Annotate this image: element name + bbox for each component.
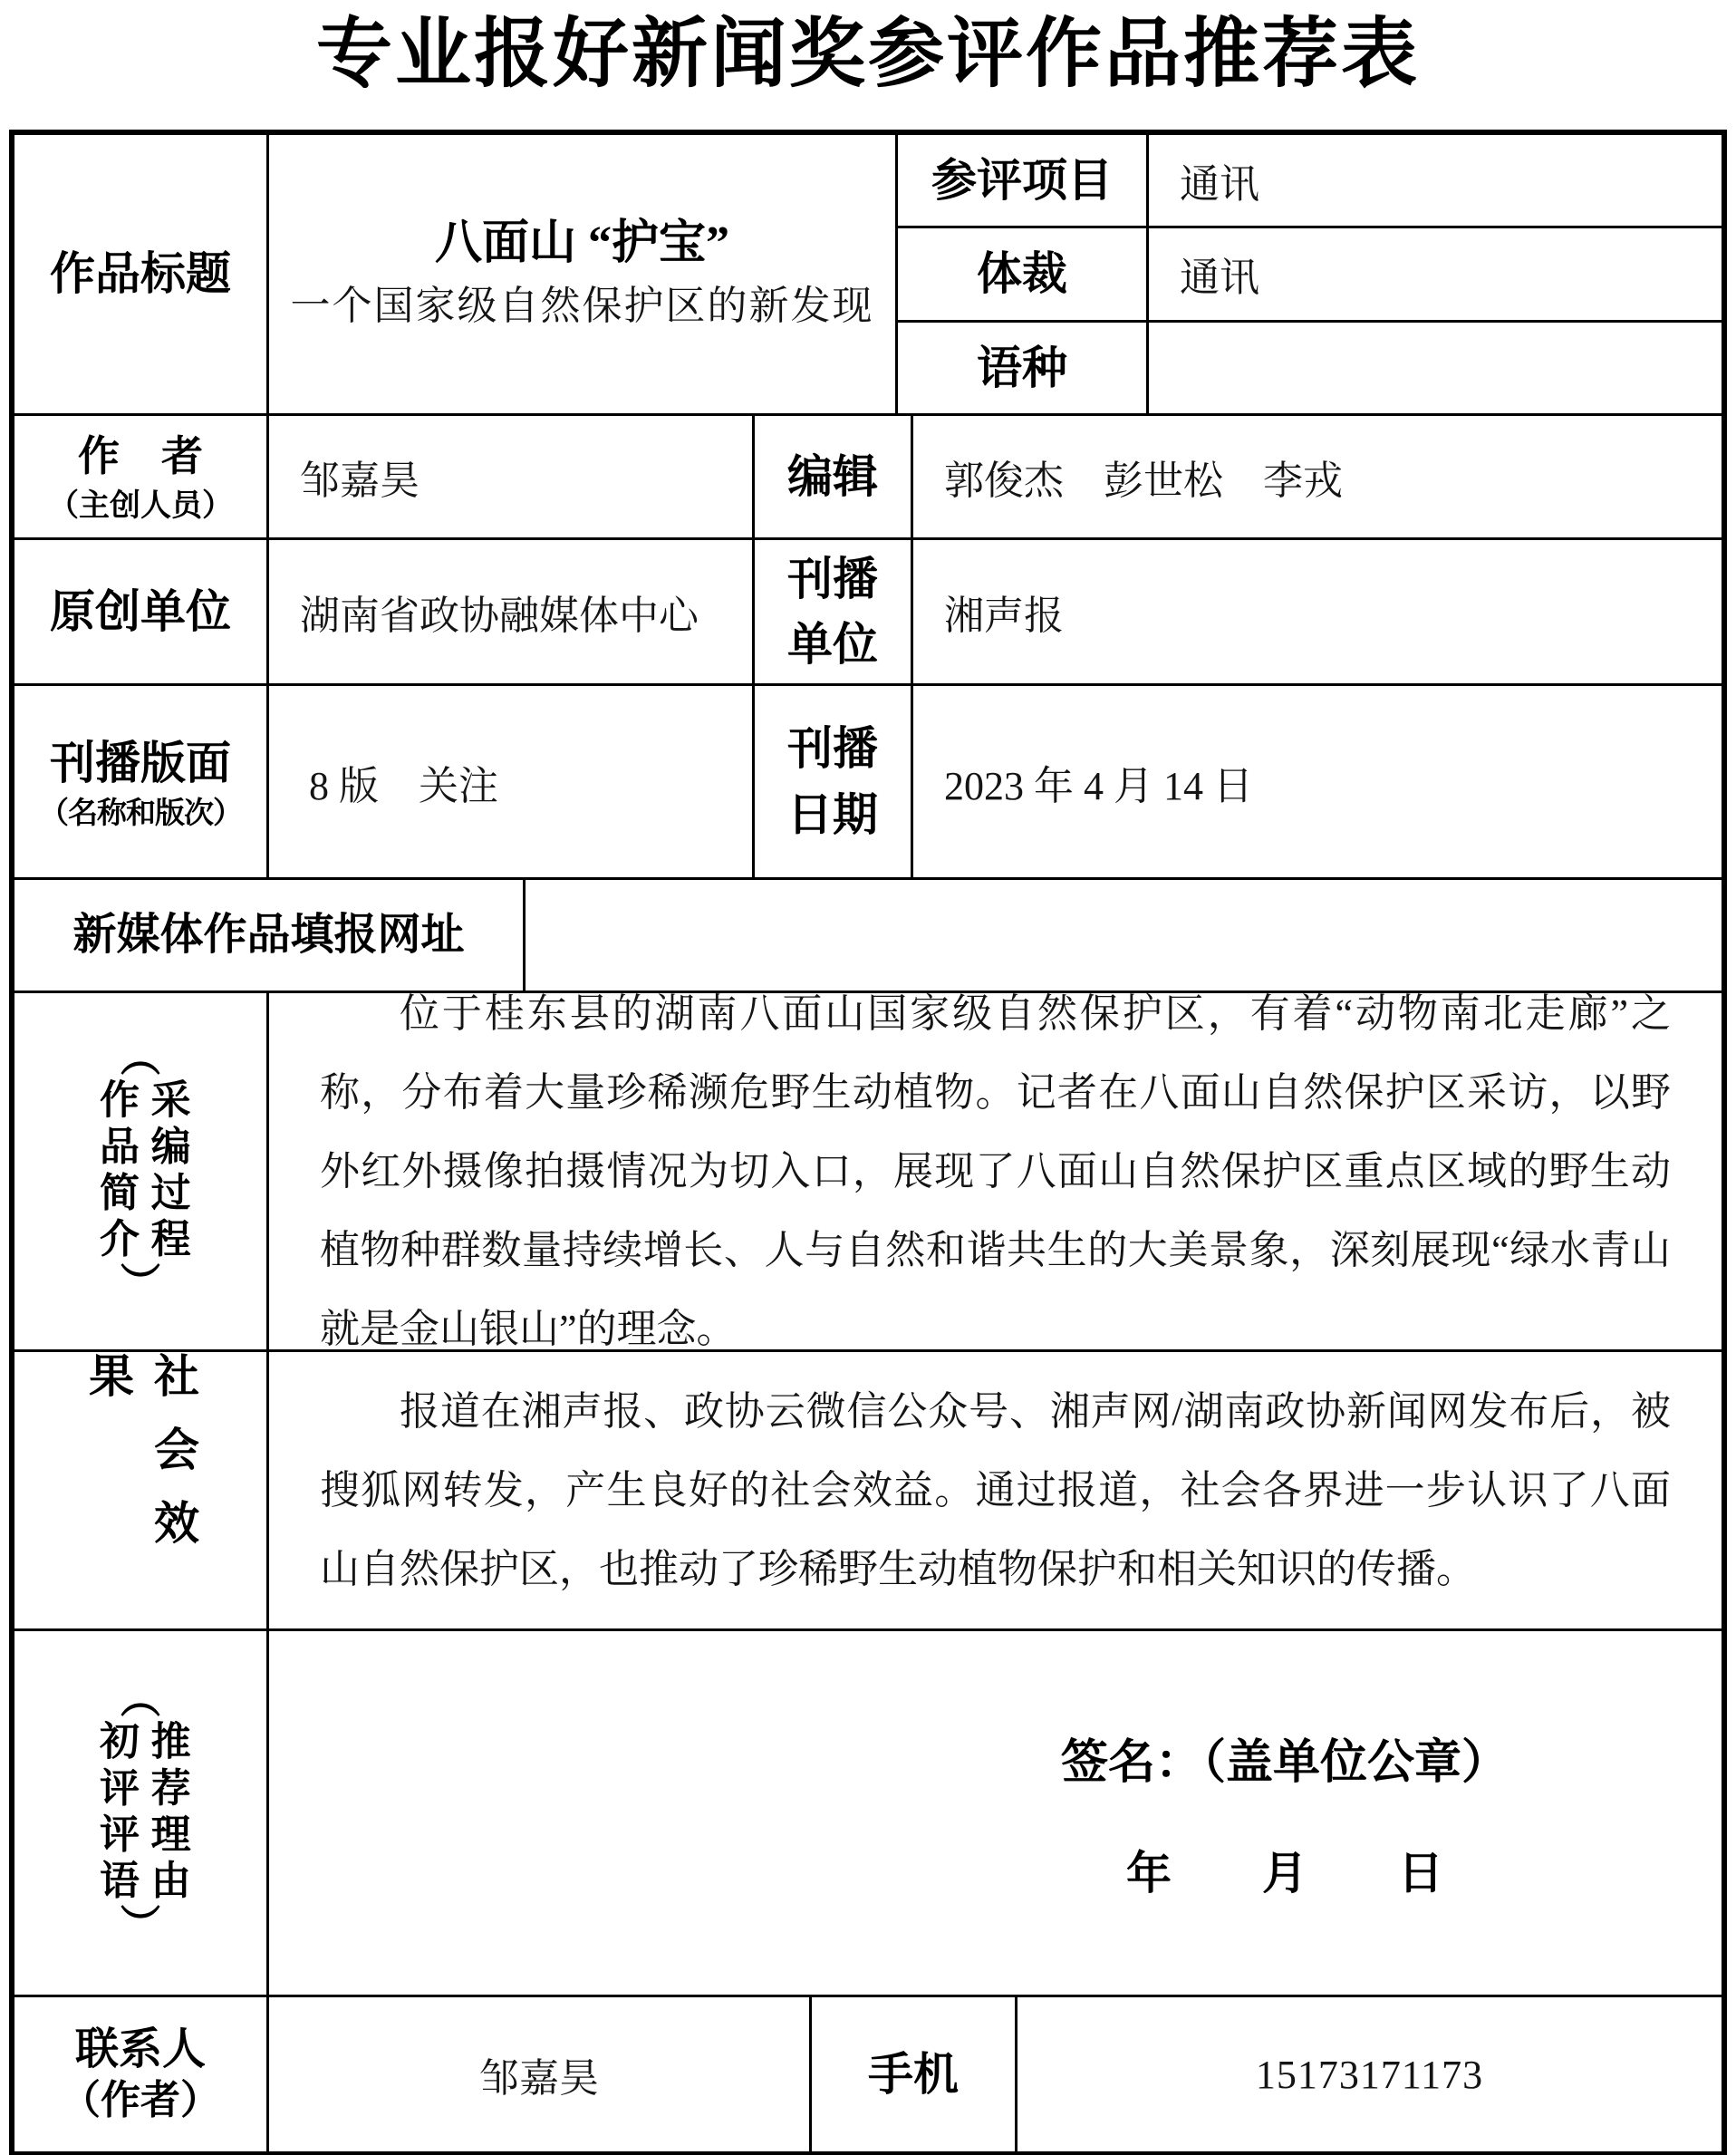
new-media-label-cell: 新媒体作品填报网址 [14,880,523,991]
subrow-genre: 体裁 通讯 [898,226,1722,319]
new-media-label: 新媒体作品填报网址 [72,904,464,967]
work-intro-text: 位于桂东县的湖南八面山国家级自然保护区，有着“动物南北走廊”之称，分布着大量珍稀… [320,993,1671,1349]
publish-date-value-cell: 2023 年 4 月 14 日 [911,686,1722,877]
paren-bottom: ︶ [121,1266,160,1302]
editor-value-cell: 郭俊杰 彭世松 李戎 [911,416,1722,537]
publish-date-label: 刊播 日期 [787,716,878,847]
scanned-form-page: 专业报好新闻奖参评作品推荐表 作品标题 八面山 “护宝” 一个国家级自然保护区的… [0,0,1736,2155]
phone-label: 手机 [868,2042,959,2108]
row-page-date: 刊播版面 （名称和版次） 8 版 关注 刊播 日期 2023 年 4 月 14 … [14,683,1722,877]
genre-label: 体裁 [977,241,1067,307]
social-effect-label-cell: 社会效果 [14,1352,266,1628]
publish-unit-label-cell: 刊播 单位 [752,540,911,683]
contact-name-cell: 邹嘉昊 [266,1997,809,2151]
signature-line: 签名：（盖单位公章） [1061,1724,1509,1792]
row-contact: 联系人 （作者） 邹嘉昊 手机 15173171173 [14,1995,1722,2151]
author-value-cell: 邹嘉昊 [266,416,752,537]
publish-unit-value-cell: 湘声报 [911,540,1722,683]
work-title-label: 作品标题 [50,241,231,307]
entry-meta-subgrid: 参评项目 通讯 体裁 通讯 语种 [895,135,1722,413]
recommendation-content-cell: 签名：（盖单位公章） 年 月 日 [266,1631,1722,1995]
genre-value-cell: 通讯 [1146,228,1722,319]
recommendation-label-left: 初评评语 [92,1720,138,1905]
social-effect-label: 社会效果 [75,1352,206,1628]
original-unit-label: 原创单位 [50,579,231,645]
publish-unit-label: 刊播 单位 [787,546,878,678]
paren-top: ︵ [121,1040,160,1077]
publish-page-value-cell: 8 版 关注 [266,686,752,877]
publish-unit-value: 湘声报 [913,583,1722,641]
publish-page-label-sub: （名称和版次） [39,796,242,833]
recommendation-form-table: 作品标题 八面山 “护宝” 一个国家级自然保护区的新发现 参评项目 通讯 体 [9,130,1727,2155]
date-line: 年 月 日 [1126,1837,1443,1902]
new-media-value-cell [523,880,1722,991]
phone-value-cell: 15173171173 [1015,1997,1722,2151]
entry-item-label-cell: 参评项目 [898,135,1146,226]
contact-label: 联系人 [75,2024,206,2076]
work-title-subtitle: 一个国家级自然保护区的新发现 [291,276,874,336]
entry-item-value-cell: 通讯 [1146,135,1722,226]
contact-label-cell: 联系人 （作者） [14,1997,266,2151]
editor-value: 郭俊杰 彭世松 李戎 [913,448,1722,506]
form-title: 专业报好新闻奖参评作品推荐表 [0,5,1736,105]
work-intro-text-cell: 位于桂东县的湖南八面山国家级自然保护区，有着“动物南北走廊”之称，分布着大量珍稀… [266,993,1722,1349]
editor-label: 编辑 [787,444,878,510]
publish-date-value: 2023 年 4 月 14 日 [913,753,1722,811]
genre-label-cell: 体裁 [898,228,1146,319]
phone-label-cell: 手机 [809,1997,1015,2151]
publish-page-label-cell: 刊播版面 （名称和版次） [14,686,266,877]
editor-label-cell: 编辑 [752,416,911,537]
work-intro-label-right: 采编过程 [143,1078,189,1263]
row-new-media-url: 新媒体作品填报网址 [14,877,1722,991]
phone-value: 15173171173 [1017,2052,1722,2098]
work-intro-label-cell: ︵ 作品简介 采编过程 ︶ [14,993,266,1349]
publish-page-value: 8 版 关注 [269,753,752,811]
row-author-editor: 作 者 （主创人员） 邹嘉昊 编辑 郭俊杰 彭世松 李戎 [14,413,1722,537]
genre-value: 通讯 [1149,245,1722,303]
entry-item-label: 参评项目 [931,148,1113,214]
author-value: 邹嘉昊 [269,448,752,506]
original-unit-value-cell: 湖南省政协融媒体中心 [266,540,752,683]
original-unit-value: 湖南省政协融媒体中心 [269,583,752,641]
work-title-main: 八面山 “护宝” [435,212,729,275]
language-value-cell [1146,323,1722,413]
work-title-label-cell: 作品标题 [14,135,266,413]
subrow-entry-item: 参评项目 通讯 [898,135,1722,226]
recommendation-vertical-label: ︵ 初评评语 推荐理由 ︶ [92,1682,188,1943]
row-work-intro: ︵ 作品简介 采编过程 ︶ 位于桂东县的湖南八面山国家级自然保护区，有着“动物南… [14,991,1722,1349]
paren-top: ︵ [121,1682,160,1718]
recommendation-label-right: 推荐理由 [143,1720,189,1905]
original-unit-label-cell: 原创单位 [14,540,266,683]
author-label-cell: 作 者 （主创人员） [14,416,266,537]
work-title-value-cell: 八面山 “护宝” 一个国家级自然保护区的新发现 [266,135,895,413]
publish-date-label-cell: 刊播 日期 [752,686,911,877]
contact-name-value: 邹嘉昊 [269,2045,809,2103]
language-label-cell: 语种 [898,323,1146,413]
work-intro-vertical-label: ︵ 作品简介 采编过程 ︶ [92,1040,188,1301]
row-units: 原创单位 湖南省政协融媒体中心 刊播 单位 湘声报 [14,537,1722,683]
author-label: 作 者 [78,427,203,488]
work-intro-label-left: 作品简介 [92,1078,138,1263]
paren-bottom: ︶ [121,1908,160,1944]
social-effect-text: 报道在湘声报、政协云微信公众号、湘声网/湖南政协新闻网发布后，被搜狐网转发，产生… [320,1372,1671,1609]
author-label-sub: （主创人员） [48,488,233,527]
social-effect-text-cell: 报道在湘声报、政协云微信公众号、湘声网/湖南政协新闻网发布后，被搜狐网转发，产生… [266,1352,1722,1628]
recommendation-label-cell: ︵ 初评评语 推荐理由 ︶ [14,1631,266,1995]
publish-page-label: 刊播版面 [50,730,231,797]
subrow-language: 语种 [898,320,1722,413]
entry-item-value: 通讯 [1149,151,1722,209]
row-recommendation: ︵ 初评评语 推荐理由 ︶ 签名：（盖单位公章） 年 月 日 [14,1628,1722,1995]
contact-label-sub: （作者） [61,2075,220,2125]
row-work-title: 作品标题 八面山 “护宝” 一个国家级自然保护区的新发现 参评项目 通讯 体 [14,135,1722,413]
row-social-effect: 社会效果 报道在湘声报、政协云微信公众号、湘声网/湖南政协新闻网发布后，被搜狐网… [14,1349,1722,1628]
language-label: 语种 [977,335,1067,401]
